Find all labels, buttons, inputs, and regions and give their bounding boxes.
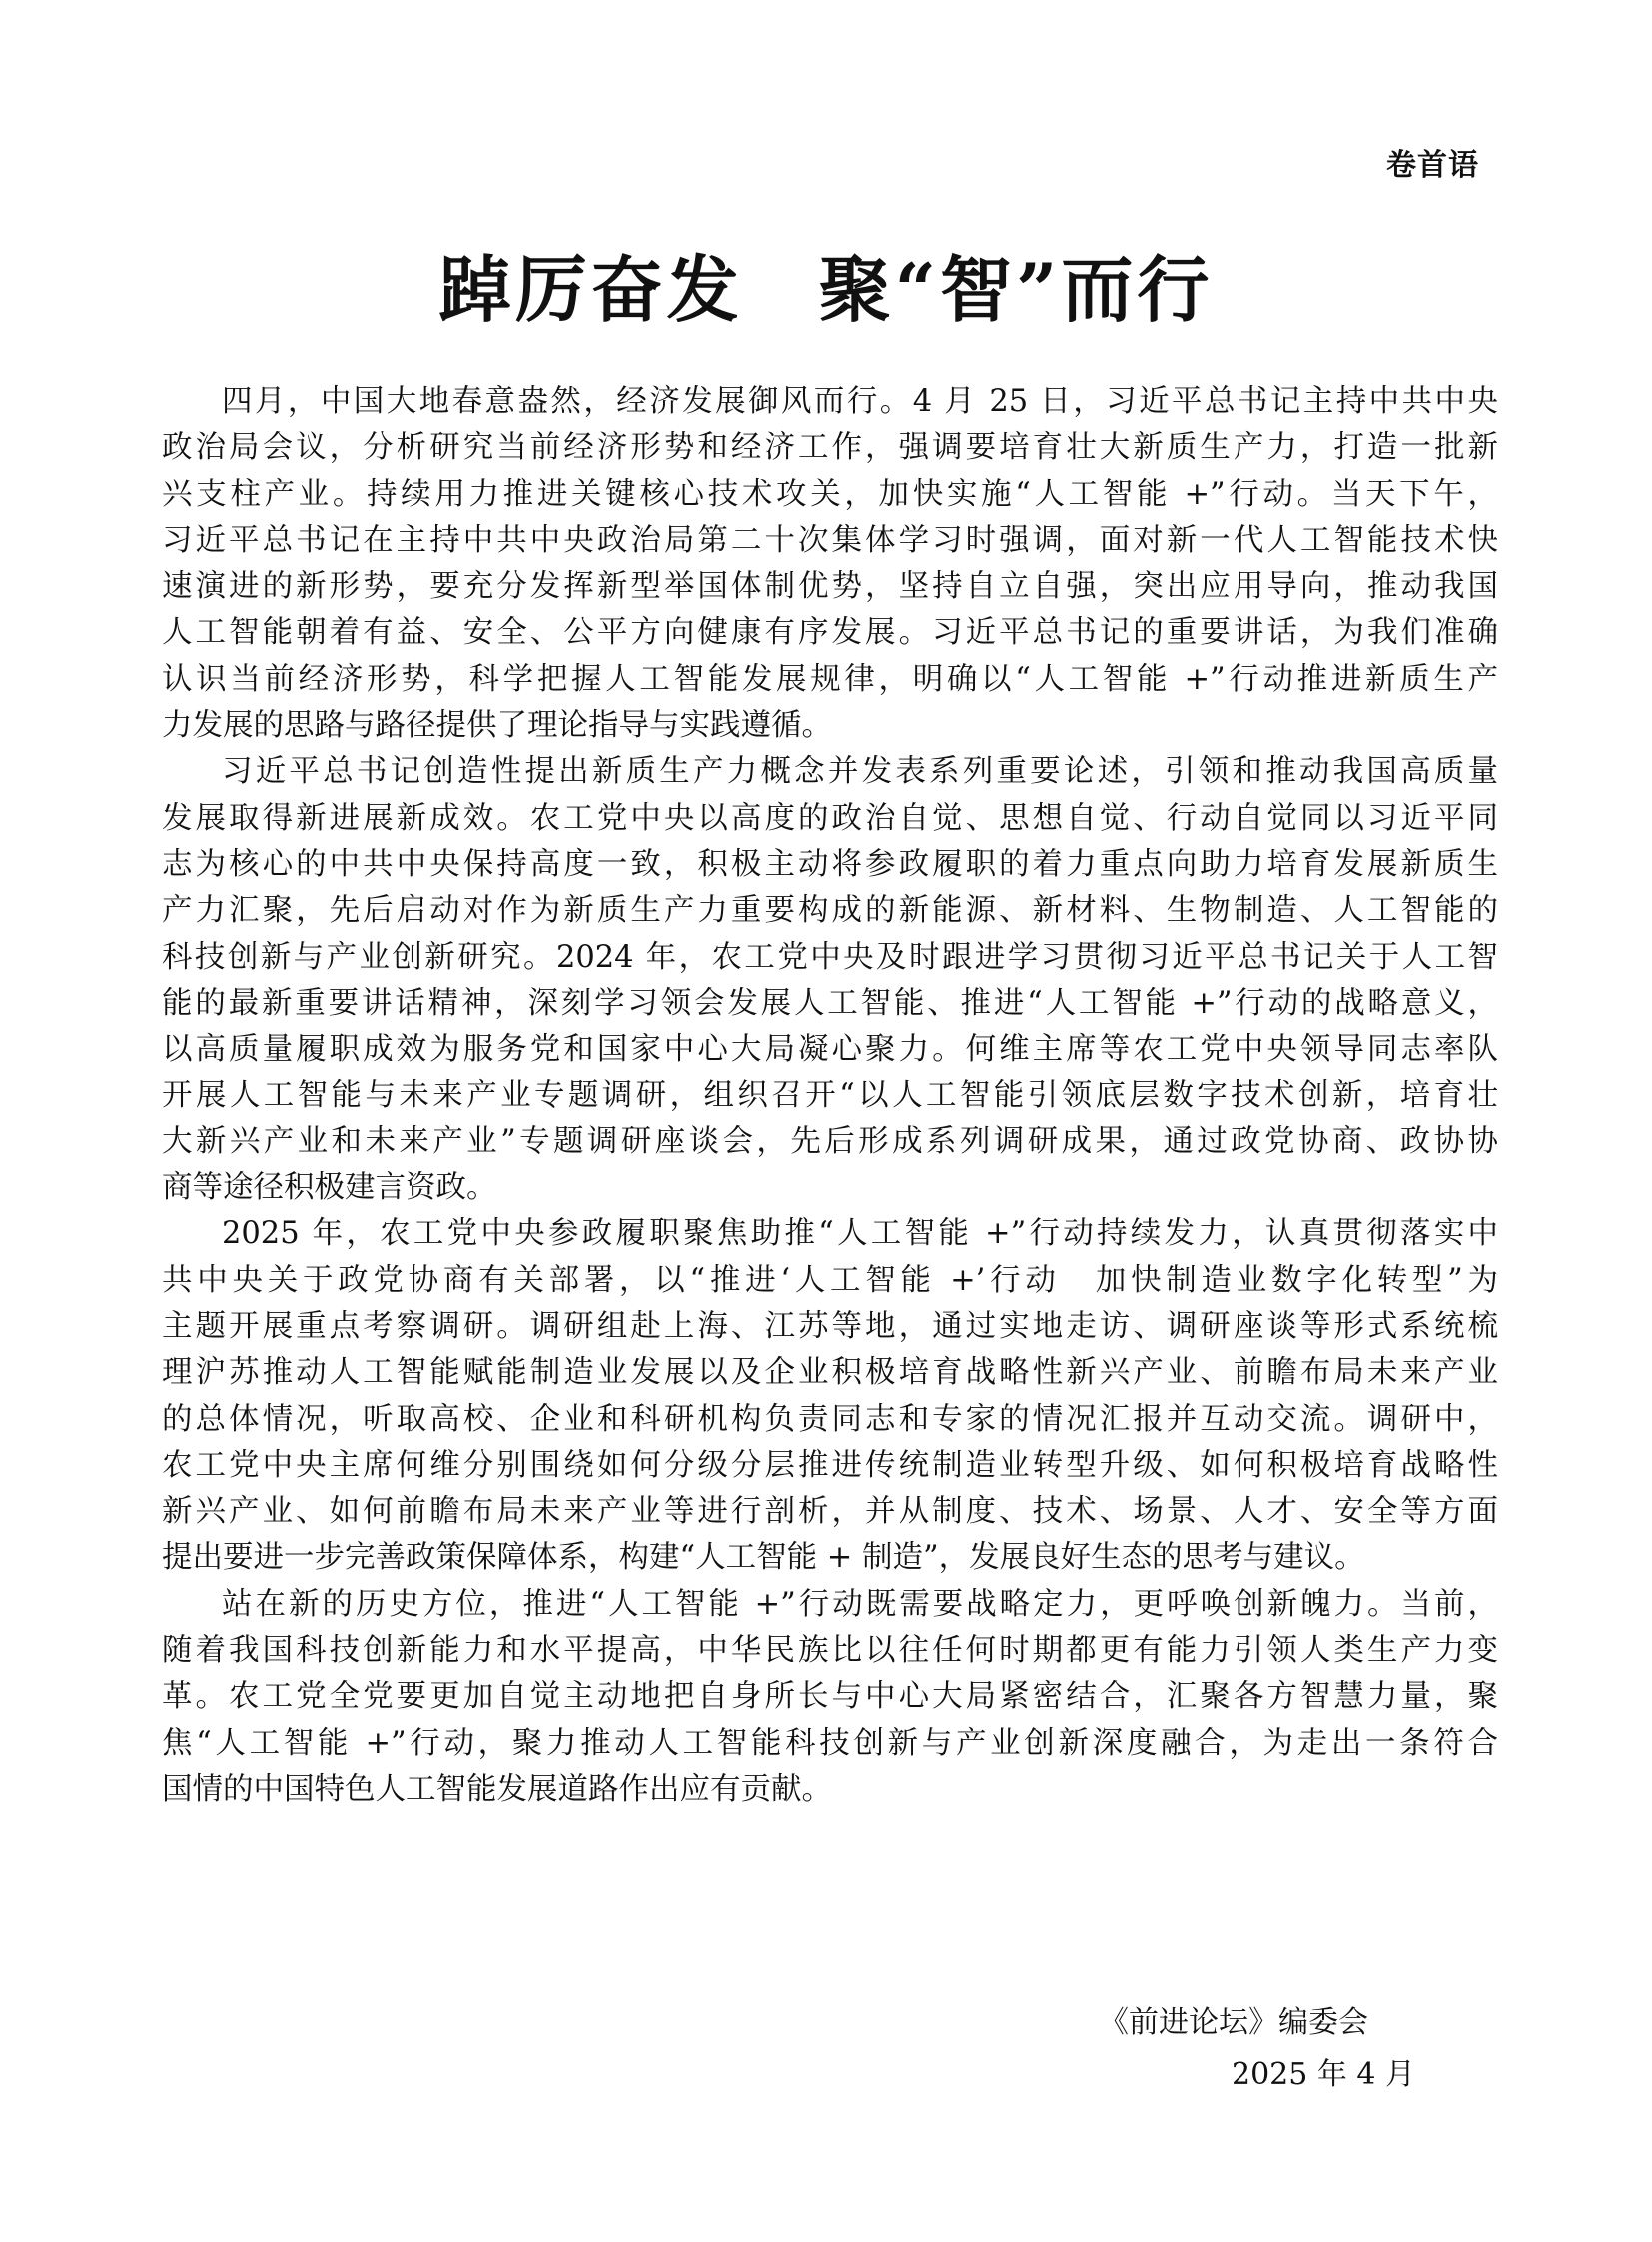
text-line: 开展人工智能与未来产业专题调研，组织召开“以人工智能引领底层数字技术创新，培育壮 [162, 1073, 1498, 1119]
text-line: 科技创新与产业创新研究。2024 年，农工党中央及时跟进学习贯彻习近平总书记关于… [162, 935, 1498, 981]
text-line: 四月，中国大地春意盎然，经济发展御风而行。4 月 25 日，习近平总书记主持中共… [162, 379, 1498, 425]
paragraph: 习近平总书记创造性提出新质生产力概念并发表系列重要论述，引领和推动我国高质量 发… [162, 749, 1498, 1211]
text-line: 人工智能朝着有益、安全、公平方向健康有序发展。习近平总书记的重要讲话，为我们准确 [162, 610, 1498, 656]
text-line: 发展取得新进展新成效。农工党中央以高度的政治自觉、思想自觉、行动自觉同以习近平同 [162, 796, 1498, 842]
text-line: 认识当前经济形势，科学把握人工智能发展规律，明确以“人工智能 +”行动推进新质生… [162, 657, 1498, 703]
text-line: 以高质量履职成效为服务党和国家中心大局凝心聚力。何维主席等农工党中央领导同志率队 [162, 1027, 1498, 1073]
paragraph: 站在新的历史方位，推进“人工智能 +”行动既需要战略定力，更呼唤创新魄力。当前，… [162, 1582, 1498, 1813]
article-body: 四月，中国大地春意盎然，经济发展御风而行。4 月 25 日，习近平总书记主持中共… [162, 379, 1498, 1813]
signature-date: 2025 年 4 月 [1232, 2049, 1415, 2093]
text-line: 革。农工党全党要更加自觉主动地把自身所长与中心大局紧密结合，汇聚各方智慧力量，聚 [162, 1674, 1498, 1720]
text-line: 的总体情况，听取高校、企业和科研机构负责同志和专家的情况汇报并互动交流。调研中， [162, 1397, 1498, 1443]
text-line: 随着我国科技创新能力和水平提高，中华民族比以往任何时期都更有能力引领人类生产力变 [162, 1628, 1498, 1674]
text-line: 大新兴产业和未来产业”专题调研座谈会，先后形成系列调研成果，通过政党协商、政协协 [162, 1120, 1498, 1165]
text-line: 共中央关于政党协商有关部署，以“推进‘人工智能 +’行动 加快制造业数字化转型”… [162, 1258, 1498, 1304]
signature-organization: 《前进论坛》编委会 [1099, 1997, 1368, 2041]
text-line: 商等途径积极建言资政。 [162, 1165, 1498, 1211]
text-line: 能的最新重要讲话精神，深刻学习领会发展人工智能、推进“人工智能 +”行动的战略意… [162, 981, 1498, 1027]
text-line: 国情的中国特色人工智能发展道路作出应有贡献。 [162, 1767, 1498, 1813]
paragraph: 2025 年，农工党中央参政履职聚焦助推“人工智能 +”行动持续发力，认真贯彻落… [162, 1211, 1498, 1581]
article-title: 踔厉奋发 聚“智”而行 [0, 232, 1652, 336]
paragraph: 四月，中国大地春意盎然，经济发展御风而行。4 月 25 日，习近平总书记主持中共… [162, 379, 1498, 749]
text-line: 理沪苏推动人工智能赋能制造业发展以及企业积极培育战略性新兴产业、前瞻布局未来产业 [162, 1350, 1498, 1396]
text-line: 主题开展重点考察调研。调研组赴上海、江苏等地，通过实地走访、调研座谈等形式系统梳 [162, 1304, 1498, 1350]
text-line: 习近平总书记在主持中共中央政治局第二十次集体学习时强调，面对新一代人工智能技术快 [162, 518, 1498, 564]
text-line: 站在新的历史方位，推进“人工智能 +”行动既需要战略定力，更呼唤创新魄力。当前， [162, 1582, 1498, 1628]
text-line: 志为核心的中共中央保持高度一致，积极主动将参政履职的着力重点向助力培育发展新质生 [162, 842, 1498, 888]
text-line: 焦“人工智能 +”行动，聚力推动人工智能科技创新与产业创新深度融合，为走出一条符… [162, 1721, 1498, 1767]
text-line: 产力汇聚，先后启动对作为新质生产力重要构成的新能源、新材料、生物制造、人工智能的 [162, 888, 1498, 934]
text-line: 提出要进一步完善政策保障体系，构建“人工智能 + 制造”，发展良好生态的思考与建… [162, 1535, 1498, 1581]
text-line: 兴支柱产业。持续用力推进关键核心技术攻关，加快实施“人工智能 +”行动。当天下午… [162, 472, 1498, 518]
text-line: 2025 年，农工党中央参政履职聚焦助推“人工智能 +”行动持续发力，认真贯彻落… [162, 1211, 1498, 1257]
section-label: 卷首语 [1386, 140, 1479, 184]
text-line: 习近平总书记创造性提出新质生产力概念并发表系列重要论述，引领和推动我国高质量 [162, 749, 1498, 795]
text-line: 政治局会议，分析研究当前经济形势和经济工作，强调要培育壮大新质生产力，打造一批新 [162, 425, 1498, 471]
text-line: 力发展的思路与路径提供了理论指导与实践遵循。 [162, 703, 1498, 749]
text-line: 速演进的新形势，要充分发挥新型举国体制优势，坚持自立自强，突出应用导向，推动我国 [162, 564, 1498, 610]
text-line: 农工党中央主席何维分别围绕如何分级分层推进传统制造业转型升级、如何积极培育战略性 [162, 1443, 1498, 1489]
text-line: 新兴产业、如何前瞻布局未来产业等进行剖析，并从制度、技术、场景、人才、安全等方面 [162, 1489, 1498, 1535]
